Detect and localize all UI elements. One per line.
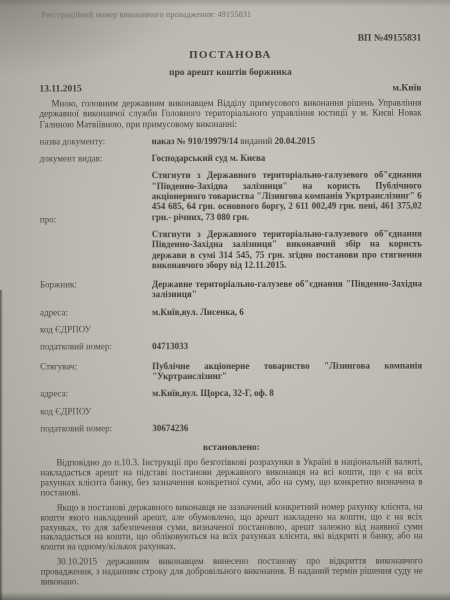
field-value: Державне територіально-галузеве об"єднан… — [152, 279, 422, 300]
scanned-document-photo: Реєстраційний номер виконавчого провадже… — [0, 0, 450, 600]
field-claimant-address: адреса: м.Київ,вул. Щорса, 32-Г, оф. 8 — [40, 388, 422, 399]
field-value: м.Київ,вул. Лисенка, 6 — [152, 306, 422, 317]
field-value: м.Київ,вул. Щорса, 32-Г, оф. 8 — [152, 388, 422, 399]
established-heading: встановлено: — [40, 443, 422, 454]
subject-paragraph-1: Стягнути з Державного територіально-галу… — [152, 170, 422, 222]
case-number: ВП №49155831 — [39, 33, 421, 44]
field-claimant-edrpou: код ЄДРПОУ — [40, 405, 422, 416]
field-label: адреса: — [40, 388, 152, 399]
field-label: код ЄДРПОУ — [40, 406, 152, 417]
registration-number-line: Реєстраційний номер виконавчого провадже… — [41, 9, 421, 19]
field-debtor-edrpou: код ЄДРПОУ — [40, 324, 422, 335]
field-value: 30674236 — [152, 422, 422, 433]
body-paragraph-3: 30.10.2015 державним виконавцем винесено… — [41, 557, 423, 588]
subject-paragraphs: Стягнути з Державного територіально-галу… — [152, 170, 422, 270]
field-value: Господарський суд м. Києва — [152, 153, 422, 164]
field-label: документ видав: — [40, 153, 152, 164]
field-doc-name: назва документу: наказ № 910/19979/14 ви… — [40, 135, 422, 146]
photo-bottom-edge-shadow — [0, 592, 450, 600]
subject-paragraph-2: Стягнути з Державного територіально-галу… — [152, 228, 422, 270]
field-label: адреса: — [40, 307, 152, 318]
field-label: податковий номер: — [40, 423, 152, 434]
document-date: 13.11.2015 — [39, 84, 81, 94]
body-paragraph-1: Відповідно до п.10.3. Інструкції про без… — [40, 458, 422, 499]
document-page: Реєстраційний номер виконавчого провадже… — [0, 0, 450, 600]
field-debtor-tax-number: податковий номер: 04713033 — [40, 341, 422, 352]
field-label: податковий номер: — [40, 342, 152, 353]
body-paragraph-2: Якщо в постанові державного виконавця не… — [41, 502, 423, 553]
field-label: Боржник: — [40, 279, 152, 300]
intro-paragraph: Мною, головним державним виконавцем Відд… — [39, 97, 421, 129]
field-value: наказ № 910/19979/14 виданий 20.04.2015 — [152, 135, 422, 146]
photo-left-edge-shadow — [0, 290, 3, 600]
field-label: назва документу: — [40, 136, 152, 147]
field-label: про: — [40, 215, 152, 226]
field-label: Стягувач: — [40, 361, 152, 382]
date-city-row: 13.11.2015 м.Київ — [39, 83, 421, 94]
field-claimant: Стягувач: Публічне акціонерне товариство… — [40, 360, 422, 382]
order-number: наказ № 910/19979/14 — [152, 136, 238, 146]
field-label: код ЄДРПОУ — [40, 324, 152, 335]
field-debtor: Боржник: Державне територіально-галузеве… — [40, 279, 422, 301]
field-value: Публічне акціонерне товариство "Лізингов… — [152, 360, 422, 381]
field-value: 04713033 — [152, 341, 422, 352]
issued-date: 20.04.2015 — [275, 136, 316, 146]
field-claimant-tax-number: податковий номер: 30674236 — [40, 422, 422, 433]
field-debtor-address: адреса: м.Київ,вул. Лисенка, 6 — [40, 306, 422, 317]
document-title: ПОСТАНОВА — [39, 48, 421, 61]
field-subject: про: Стягнути з Державного територіально… — [40, 170, 422, 271]
document-subtitle: про арешт коштів боржника — [39, 67, 421, 78]
document-city: м.Київ — [392, 83, 421, 93]
issued-word: виданий — [240, 136, 272, 146]
field-doc-issuer: документ видав: Господарський суд м. Киє… — [40, 153, 422, 164]
